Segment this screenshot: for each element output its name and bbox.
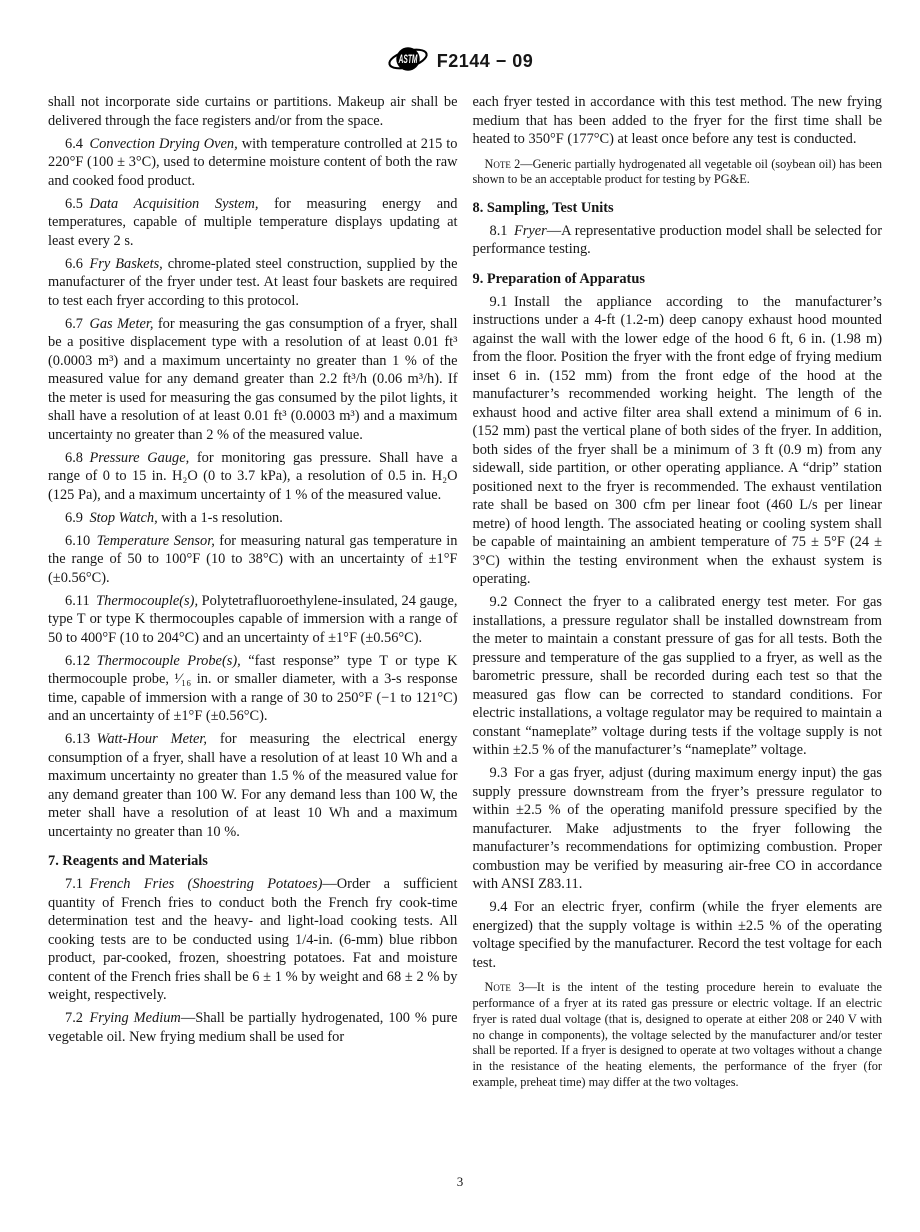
paragraph-9-2: 9.2Connect the fryer to a calibrated ene… <box>473 593 883 760</box>
paragraph-6-11: 6.11Thermocouple(s), Polytetrafluoroethy… <box>48 592 458 648</box>
heading-9: 9. Preparation of Apparatus <box>473 270 883 289</box>
paragraph-7-1: 7.1French Fries (Shoestring Potatoes)—Or… <box>48 875 458 1005</box>
document-page: ASTM F2144 − 09 shall not incorporate si… <box>0 0 920 1232</box>
doc-number: F2144 − 09 <box>437 51 534 72</box>
paragraph-text: —Order a sufficient quantity of French f… <box>48 876 458 1003</box>
paragraph-text: each fryer tested in accordance with thi… <box>473 94 883 147</box>
defined-term: Thermocouple Probe(s), <box>97 653 241 669</box>
section-number: 9.3 <box>490 765 508 781</box>
paragraph-text: Connect the fryer to a calibrated energy… <box>473 594 883 758</box>
paragraph-text: for measuring the gas consumption of a f… <box>48 316 458 443</box>
left-column: shall not incorporate side curtains or p… <box>48 93 458 1093</box>
section-number: 6.13 <box>65 731 90 747</box>
defined-term: Temperature Sensor, <box>97 533 215 549</box>
paragraph-6-8: 6.8Pressure Gauge, for monitoring gas pr… <box>48 449 458 505</box>
page-footer: 3 <box>0 1174 920 1190</box>
paragraph-6-5: 6.5Data Acquisition System, for measurin… <box>48 195 458 251</box>
section-number: 6.7 <box>65 316 83 332</box>
defined-term: Thermocouple(s), <box>96 593 198 609</box>
defined-term: Convection Drying Oven, <box>89 136 237 152</box>
section-number: 6.6 <box>65 256 83 272</box>
defined-term: Gas Meter, <box>89 316 153 332</box>
section-heading: 7. Reagents and Materials <box>48 853 208 869</box>
paragraph-text: For a gas fryer, adjust (during maximum … <box>473 765 883 892</box>
paragraph-text: shall not incorporate side curtains or p… <box>48 94 458 129</box>
paragraph-text: Install the appliance according to the m… <box>473 294 883 588</box>
section-number: 6.5 <box>65 196 83 212</box>
astm-logo-text: ASTM <box>398 52 418 66</box>
defined-term: Stop Watch, <box>89 510 157 526</box>
defined-term: Fryer <box>514 223 547 239</box>
note-text: —Generic partially hydrogenated all vege… <box>473 157 883 187</box>
defined-term: French Fries (Shoestring Potatoes) <box>89 876 322 892</box>
section-number: 6.12 <box>65 653 90 669</box>
paragraph-6-7: 6.7Gas Meter, for measuring the gas cons… <box>48 315 458 445</box>
section-number: 8.1 <box>490 223 508 239</box>
note-label: Note 2 <box>485 157 521 171</box>
paragraph-9-3: 9.3For a gas fryer, adjust (during maxim… <box>473 764 883 894</box>
defined-term: Data Acquisition System, <box>89 196 258 212</box>
paragraph-7-2: 7.2Frying Medium—Shall be partially hydr… <box>48 1009 458 1046</box>
section-number: 7.2 <box>65 1010 83 1026</box>
section-number: 6.10 <box>65 533 90 549</box>
defined-term: Pressure Gauge, <box>89 450 189 466</box>
paragraph-6-13: 6.13Watt-Hour Meter, for measuring the e… <box>48 730 458 841</box>
page-number: 3 <box>457 1174 464 1189</box>
section-heading: 8. Sampling, Test Units <box>473 200 614 216</box>
paragraph-6-12: 6.12Thermocouple Probe(s), “fast respons… <box>48 652 458 726</box>
astm-logo-icon: ASTM <box>387 44 429 79</box>
paragraph-text: for measuring the electrical energy cons… <box>48 731 458 840</box>
paragraph-6-9: 6.9Stop Watch, with a 1-s resolution. <box>48 509 458 528</box>
note-3: Note 3—It is the intent of the testing p… <box>473 980 883 1090</box>
paragraph-9-1: 9.1Install the appliance according to th… <box>473 293 883 589</box>
defined-term: Watt-Hour Meter, <box>97 731 207 747</box>
paragraph-7-2-continuation: each fryer tested in accordance with thi… <box>473 93 883 149</box>
paragraph-text: with a 1-s resolution. <box>158 510 283 526</box>
section-number: 9.1 <box>490 294 508 310</box>
doc-header: ASTM F2144 − 09 <box>0 0 920 79</box>
right-column: each fryer tested in accordance with thi… <box>473 93 883 1093</box>
paragraph-8-1: 8.1Fryer—A representative production mod… <box>473 222 883 259</box>
section-number: 6.8 <box>65 450 83 466</box>
paragraph-6-3-continuation: shall not incorporate side curtains or p… <box>48 93 458 130</box>
document-body: shall not incorporate side curtains or p… <box>0 79 920 1093</box>
defined-term: Frying Medium <box>89 1010 180 1026</box>
section-number: 7.1 <box>65 876 83 892</box>
section-number: 6.11 <box>65 593 90 609</box>
section-number: 6.4 <box>65 136 83 152</box>
note-text: —It is the intent of the testing procedu… <box>473 980 883 1088</box>
heading-7: 7. Reagents and Materials <box>48 852 458 871</box>
note-2: Note 2—Generic partially hydrogenated al… <box>473 157 883 188</box>
heading-8: 8. Sampling, Test Units <box>473 199 883 218</box>
paragraph-6-6: 6.6Fry Baskets, chrome-plated steel cons… <box>48 255 458 311</box>
section-number: 9.4 <box>490 899 508 915</box>
defined-term: Fry Baskets, <box>89 256 162 272</box>
paragraph-text: For an electric fryer, confirm (while th… <box>473 899 883 971</box>
section-number: 6.9 <box>65 510 83 526</box>
paragraph-9-4: 9.4For an electric fryer, confirm (while… <box>473 898 883 972</box>
paragraph-6-10: 6.10Temperature Sensor, for measuring na… <box>48 532 458 588</box>
paragraph-6-4: 6.4Convection Drying Oven, with temperat… <box>48 135 458 191</box>
section-number: 9.2 <box>490 594 508 610</box>
note-label: Note 3 <box>485 980 525 994</box>
section-heading: 9. Preparation of Apparatus <box>473 271 645 287</box>
